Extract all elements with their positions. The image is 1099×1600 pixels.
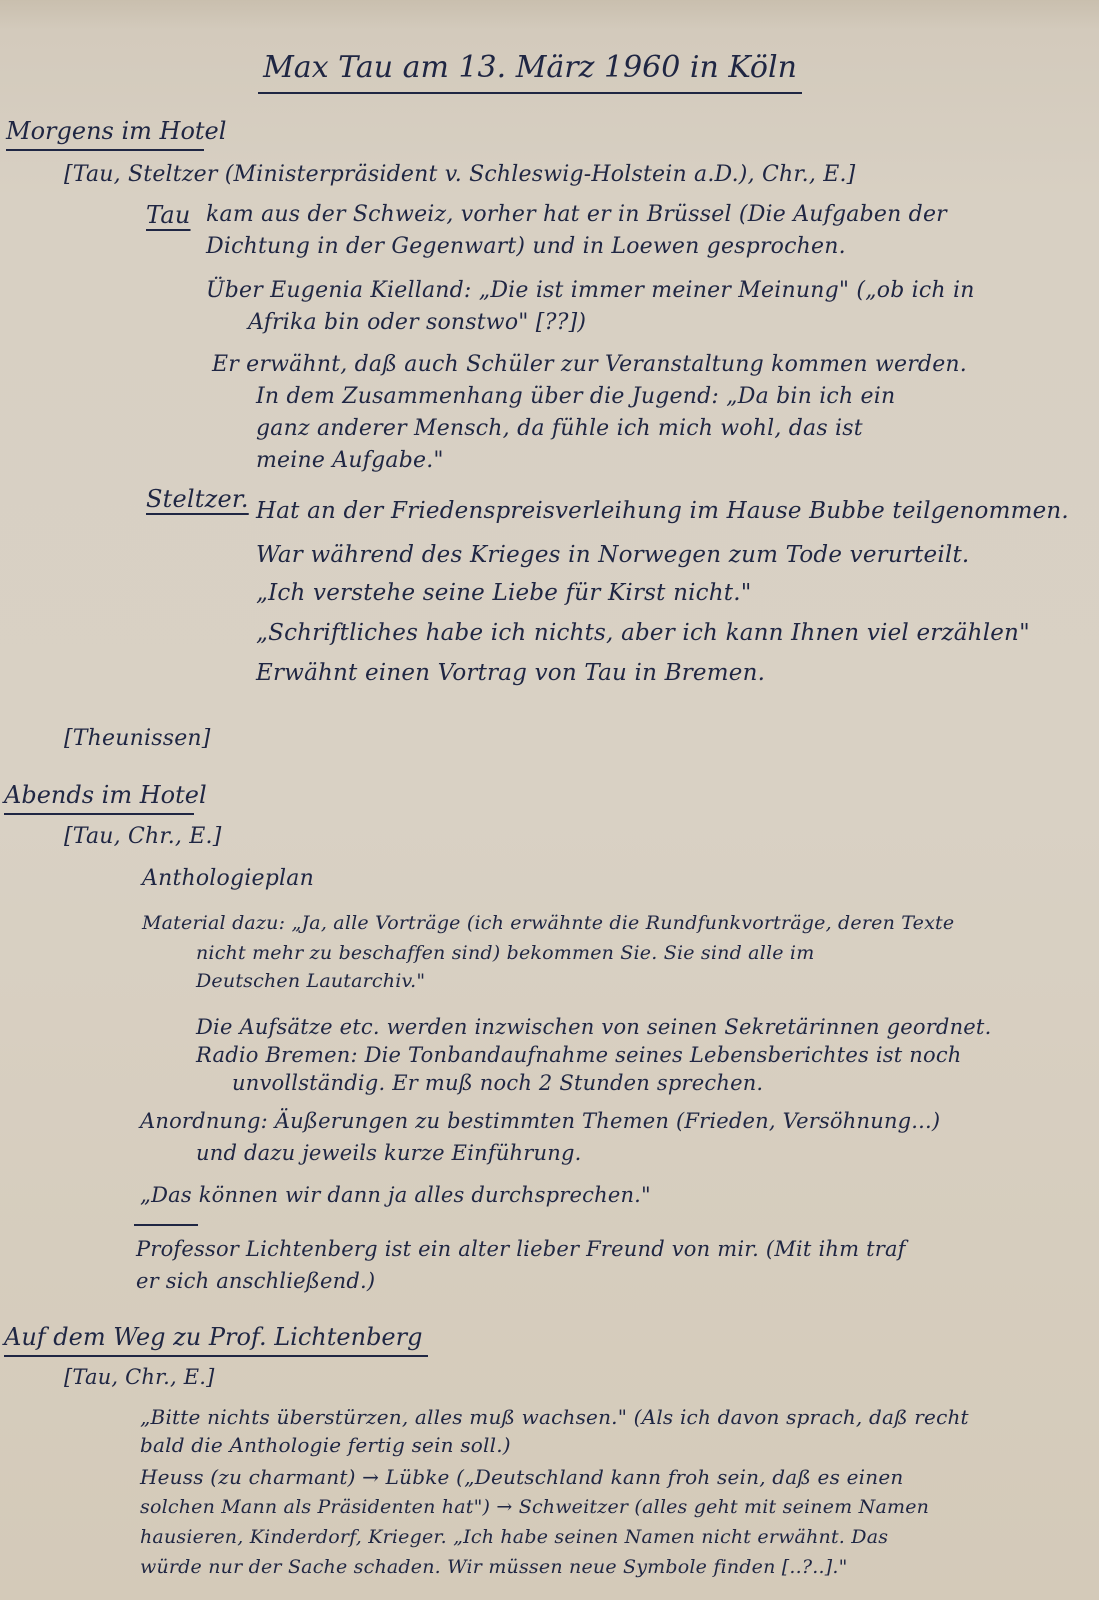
text-line: Deutschen Lautarchiv." [196,966,425,996]
text-line: Afrika bin oder sonstwo" [??]) [248,308,586,338]
text-line: würde nur der Sache schaden. Wir müssen … [140,1552,848,1582]
text-line: ganz anderer Mensch, da fühle ich mich w… [256,414,863,444]
text-line: War während des Krieges in Norwegen zum … [256,540,969,570]
text-line: hausieren, Kinderdorf, Krieger. „Ich hab… [140,1522,888,1552]
text-line: Anordnung: Äußerungen zu bestimmten Them… [140,1106,940,1136]
text-line: und dazu jeweils kurze Einführung. [196,1138,581,1168]
section-heading-morning: Morgens im Hotel [6,116,204,151]
text-line: kam aus der Schweiz, vorher hat er in Br… [206,200,947,230]
text-line: Heuss (zu charmant) → Lübke („Deutschlan… [140,1462,903,1492]
document-title: Max Tau am 13. März 1960 in Köln [258,48,802,94]
text-line: bald die Anthologie fertig sein soll.) [140,1430,511,1460]
attendees-evening: [Tau, Chr., E.] [64,822,222,852]
text-line: „Ich verstehe seine Liebe für Kirst nich… [256,578,752,608]
text-line: Er erwähnt, daß auch Schüler zur Veranst… [212,350,967,380]
text-line: „Schriftliches habe ich nichts, aber ich… [256,618,1030,648]
divider-rule [134,1224,198,1226]
text-line: unvollständig. Er muß noch 2 Stunden spr… [232,1068,763,1098]
note-theunissen: [Theunissen] [64,724,211,754]
attendees-on-the-way: [Tau, Chr., E.] [64,1362,215,1392]
text-line: Über Eugenia Kielland: „Die ist immer me… [206,276,975,306]
text-line: „Bitte nichts überstürzen, alles muß wac… [140,1402,969,1432]
text-line: Erwähnt einen Vortrag von Tau in Bremen. [256,658,765,688]
text-line: In dem Zusammenhang über die Jugend: „Da… [256,382,895,412]
attendees-morning: [Tau, Steltzer (Ministerpräsident v. Sch… [64,160,855,190]
text-line: Dichtung in der Gegenwart) und in Loewen… [206,232,846,262]
text-line: solchen Mann als Präsidenten hat") → Sch… [140,1492,929,1522]
text-line: meine Aufgabe." [256,446,444,476]
text-line: Hat an der Friedenspreisverleihung im Ha… [256,496,1069,526]
section-heading-evening: Abends im Hotel [4,780,194,815]
text-line: Die Aufsätze etc. werden inzwischen von … [196,1012,991,1042]
text-line: Radio Bremen: Die Tonbandaufnahme seines… [196,1040,962,1070]
text-line: Anthologieplan [142,864,314,894]
paper-sheet: Max Tau am 13. März 1960 in Köln Morgens… [0,0,1099,1600]
speaker-steltzer: Steltzer. [146,484,249,514]
text-line: er sich anschließend.) [136,1266,375,1296]
text-line: Material dazu: „Ja, alle Vorträge (ich e… [142,908,954,938]
text-line: „Das können wir dann ja alles durchsprec… [140,1180,651,1210]
speaker-tau: Tau [146,200,191,230]
section-heading-on-the-way: Auf dem Weg zu Prof. Lichtenberg [4,1322,428,1357]
text-line: Professor Lichtenberg ist ein alter lieb… [136,1234,906,1264]
text-line: nicht mehr zu beschaffen sind) bekommen … [196,938,814,968]
